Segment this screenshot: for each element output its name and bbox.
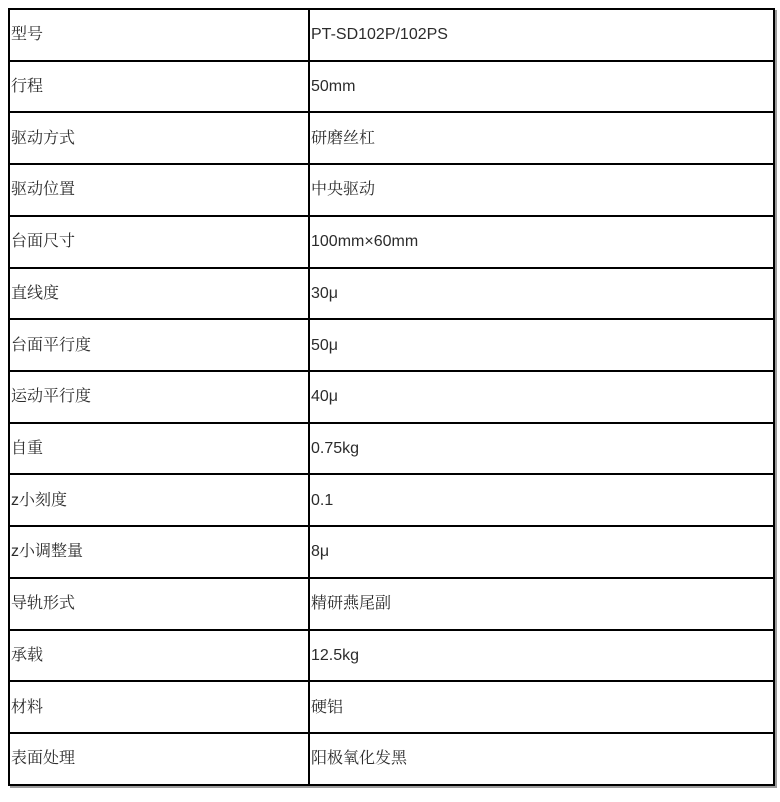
spec-value-cell: 40μ (309, 371, 774, 423)
table-row: 承载 12.5kg (9, 630, 774, 682)
spec-label-cell: 导轨形式 (9, 578, 309, 630)
spec-value-cell: 阳极氧化发黑 (309, 733, 774, 785)
spec-value-cell: 50mm (309, 61, 774, 113)
table-row: 材料 硬铝 (9, 681, 774, 733)
spec-label-cell: 台面平行度 (9, 319, 309, 371)
spec-value-cell: 0.1 (309, 474, 774, 526)
spec-value-cell: 研磨丝杠 (309, 112, 774, 164)
spec-label-cell: z小刻度 (9, 474, 309, 526)
table-row: 直线度 30μ (9, 268, 774, 320)
spec-label-cell: 型号 (9, 9, 309, 61)
spec-value-cell: 硬铝 (309, 681, 774, 733)
table-row: z小刻度 0.1 (9, 474, 774, 526)
table-row: 驱动方式 研磨丝杠 (9, 112, 774, 164)
spec-label-cell: 驱动方式 (9, 112, 309, 164)
table-row: 自重 0.75kg (9, 423, 774, 475)
spec-value-cell: PT-SD102P/102PS (309, 9, 774, 61)
spec-value-cell: 12.5kg (309, 630, 774, 682)
spec-label-cell: 承载 (9, 630, 309, 682)
spec-label-cell: 行程 (9, 61, 309, 113)
spec-label-cell: 台面尺寸 (9, 216, 309, 268)
table-row: 台面尺寸 100mm×60mm (9, 216, 774, 268)
spec-value-cell: 30μ (309, 268, 774, 320)
table-row: 导轨形式 精研燕尾副 (9, 578, 774, 630)
spec-label-cell: z小调整量 (9, 526, 309, 578)
spec-value-cell: 中央驱动 (309, 164, 774, 216)
spec-label-cell: 表面处理 (9, 733, 309, 785)
spec-label-cell: 直线度 (9, 268, 309, 320)
spec-value-cell: 100mm×60mm (309, 216, 774, 268)
spec-label-cell: 驱动位置 (9, 164, 309, 216)
spec-table-body: 型号 PT-SD102P/102PS 行程 50mm 驱动方式 研磨丝杠 驱动位… (9, 9, 774, 785)
spec-table: 型号 PT-SD102P/102PS 行程 50mm 驱动方式 研磨丝杠 驱动位… (8, 8, 775, 786)
spec-value-cell: 8μ (309, 526, 774, 578)
table-row: z小调整量 8μ (9, 526, 774, 578)
spec-label-cell: 自重 (9, 423, 309, 475)
table-row: 驱动位置 中央驱动 (9, 164, 774, 216)
table-row: 型号 PT-SD102P/102PS (9, 9, 774, 61)
table-row: 台面平行度 50μ (9, 319, 774, 371)
spec-label-cell: 运动平行度 (9, 371, 309, 423)
spec-label-cell: 材料 (9, 681, 309, 733)
table-row: 行程 50mm (9, 61, 774, 113)
spec-value-cell: 0.75kg (309, 423, 774, 475)
spec-value-cell: 精研燕尾副 (309, 578, 774, 630)
table-row: 运动平行度 40μ (9, 371, 774, 423)
table-row: 表面处理 阳极氧化发黑 (9, 733, 774, 785)
spec-value-cell: 50μ (309, 319, 774, 371)
